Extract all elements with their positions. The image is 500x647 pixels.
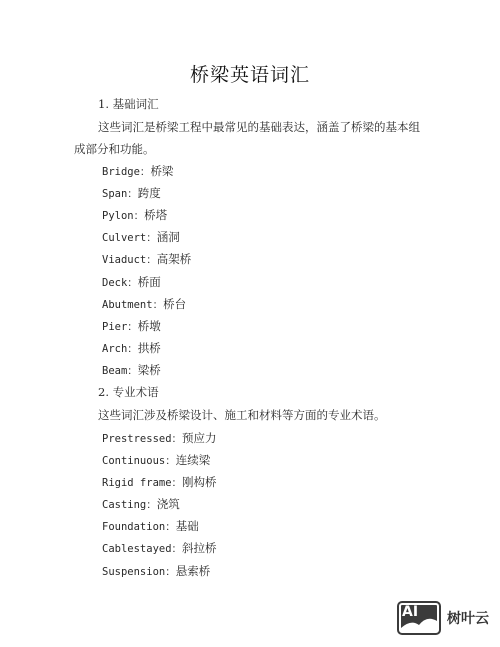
- term-en: Span：: [102, 188, 138, 200]
- term-en: Culvert：: [102, 232, 157, 244]
- term-item: Span：跨度: [102, 185, 161, 201]
- term-item: Casting：浇筑: [102, 496, 180, 512]
- section-intro-line: 这些词汇涉及桥梁设计、施工和材料等方面的专业术语。: [98, 407, 386, 423]
- term-zh: 跨度: [138, 186, 161, 200]
- term-item: Suspension：悬索桥: [102, 563, 210, 579]
- term-item: Prestressed：预应力: [102, 430, 217, 446]
- term-zh: 高架桥: [157, 252, 192, 266]
- term-item: Beam：梁桥: [102, 362, 161, 378]
- term-en: Deck：: [102, 277, 138, 289]
- term-item: Viaduct：高架桥: [102, 251, 191, 267]
- term-zh: 连续梁: [176, 453, 211, 467]
- term-en: Foundation：: [102, 521, 176, 533]
- section-heading-professional: 2. 专业术语: [98, 384, 159, 400]
- term-zh: 梁桥: [138, 363, 161, 377]
- ai-image-icon: AI: [397, 601, 441, 635]
- term-zh: 悬索桥: [176, 564, 211, 578]
- term-zh: 浇筑: [157, 497, 180, 511]
- term-en: Beam：: [102, 365, 138, 377]
- term-en: Continuous：: [102, 455, 176, 467]
- term-zh: 斜拉桥: [182, 541, 217, 555]
- term-item: Abutment：桥台: [102, 296, 186, 312]
- term-zh: 预应力: [182, 431, 217, 445]
- term-zh: 桥塔: [144, 208, 167, 222]
- term-item: Pier：桥墩: [102, 318, 161, 334]
- term-item: Deck：桥面: [102, 274, 161, 290]
- term-en: Prestressed：: [102, 433, 182, 445]
- term-item: Cablestayed：斜拉桥: [102, 540, 217, 556]
- term-en: Bridge：: [102, 166, 150, 178]
- term-en: Pylon：: [102, 210, 144, 222]
- brand-name: 树叶云: [447, 608, 489, 628]
- term-zh: 涵洞: [157, 230, 180, 244]
- section-intro-line: 成部分和功能。: [74, 141, 155, 157]
- term-en: Rigid frame：: [102, 477, 182, 489]
- term-en: Viaduct：: [102, 254, 157, 266]
- page-title: 桥梁英语词汇: [0, 60, 500, 87]
- term-zh: 拱桥: [138, 341, 161, 355]
- section-heading-basic: 1. 基础词汇: [98, 96, 159, 112]
- term-item: Culvert：涵洞: [102, 229, 180, 245]
- section-intro-line: 这些词汇是桥梁工程中最常见的基础表达，涵盖了桥梁的基本组: [98, 119, 420, 135]
- watermark-logo: AI 树叶云: [397, 601, 489, 635]
- term-en: Abutment：: [102, 299, 163, 311]
- term-zh: 基础: [176, 519, 199, 533]
- term-item: Pylon：桥塔: [102, 207, 167, 223]
- term-zh: 桥墩: [138, 319, 161, 333]
- term-item: Foundation：基础: [102, 518, 199, 534]
- term-zh: 桥梁: [150, 164, 173, 178]
- term-en: Suspension：: [102, 566, 176, 578]
- term-en: Arch：: [102, 343, 138, 355]
- term-zh: 刚构桥: [182, 475, 217, 489]
- term-zh: 桥面: [138, 275, 161, 289]
- term-item: Rigid frame：刚构桥: [102, 474, 217, 490]
- term-item: Continuous：连续梁: [102, 452, 210, 468]
- term-zh: 桥台: [163, 297, 186, 311]
- term-en: Cablestayed：: [102, 543, 182, 555]
- term-en: Casting：: [102, 499, 157, 511]
- term-item: Bridge：桥梁: [102, 163, 173, 179]
- term-item: Arch：拱桥: [102, 340, 161, 356]
- term-en: Pier：: [102, 321, 138, 333]
